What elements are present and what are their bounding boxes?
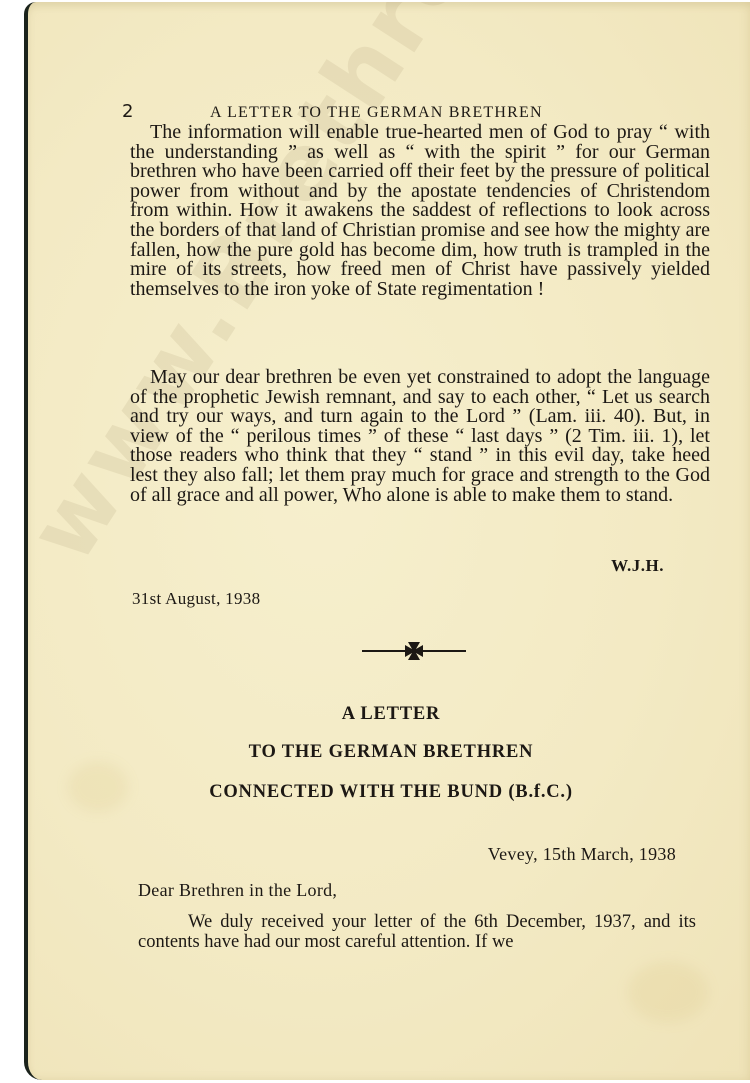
letter-body: We duly received your letter of the 6th … — [138, 912, 696, 952]
paper-stain — [628, 962, 708, 1022]
running-head-title: A LETTER TO THE GERMAN BRETHREN — [210, 104, 543, 122]
letter-heading-line-3: CONNECTED WITH THE BUND (B.f.C.) — [28, 782, 750, 803]
letter-place-date: Vevey, 15th March, 1938 — [488, 844, 676, 865]
signature-initials: W.J.H. — [611, 556, 664, 576]
scanned-page-image: www.Brethrenarchive.org 2 A LETTER TO TH… — [0, 0, 750, 1083]
paragraph-1: The information will enable true-hearted… — [130, 123, 710, 299]
paragraph-2-text: May our dear brethren be even yet constr… — [130, 366, 710, 506]
book-page: www.Brethrenarchive.org 2 A LETTER TO TH… — [24, 2, 750, 1080]
paragraph-1-text: The information will enable true-hearted… — [130, 121, 710, 300]
letter-body-text: We duly received your letter of the 6th … — [138, 912, 696, 952]
dateline: 31st August, 1938 — [132, 589, 260, 609]
letter-heading-line-1: A LETTER — [28, 704, 750, 725]
cross-ornament-icon — [362, 639, 466, 663]
running-head: 2 A LETTER TO THE GERMAN BRETHREN — [122, 101, 692, 122]
letter-heading-line-2: TO THE GERMAN BRETHREN — [28, 742, 750, 763]
page-number: 2 — [122, 101, 162, 122]
letter-salutation: Dear Brethren in the Lord, — [138, 880, 337, 901]
paragraph-2: May our dear brethren be even yet constr… — [130, 368, 710, 505]
